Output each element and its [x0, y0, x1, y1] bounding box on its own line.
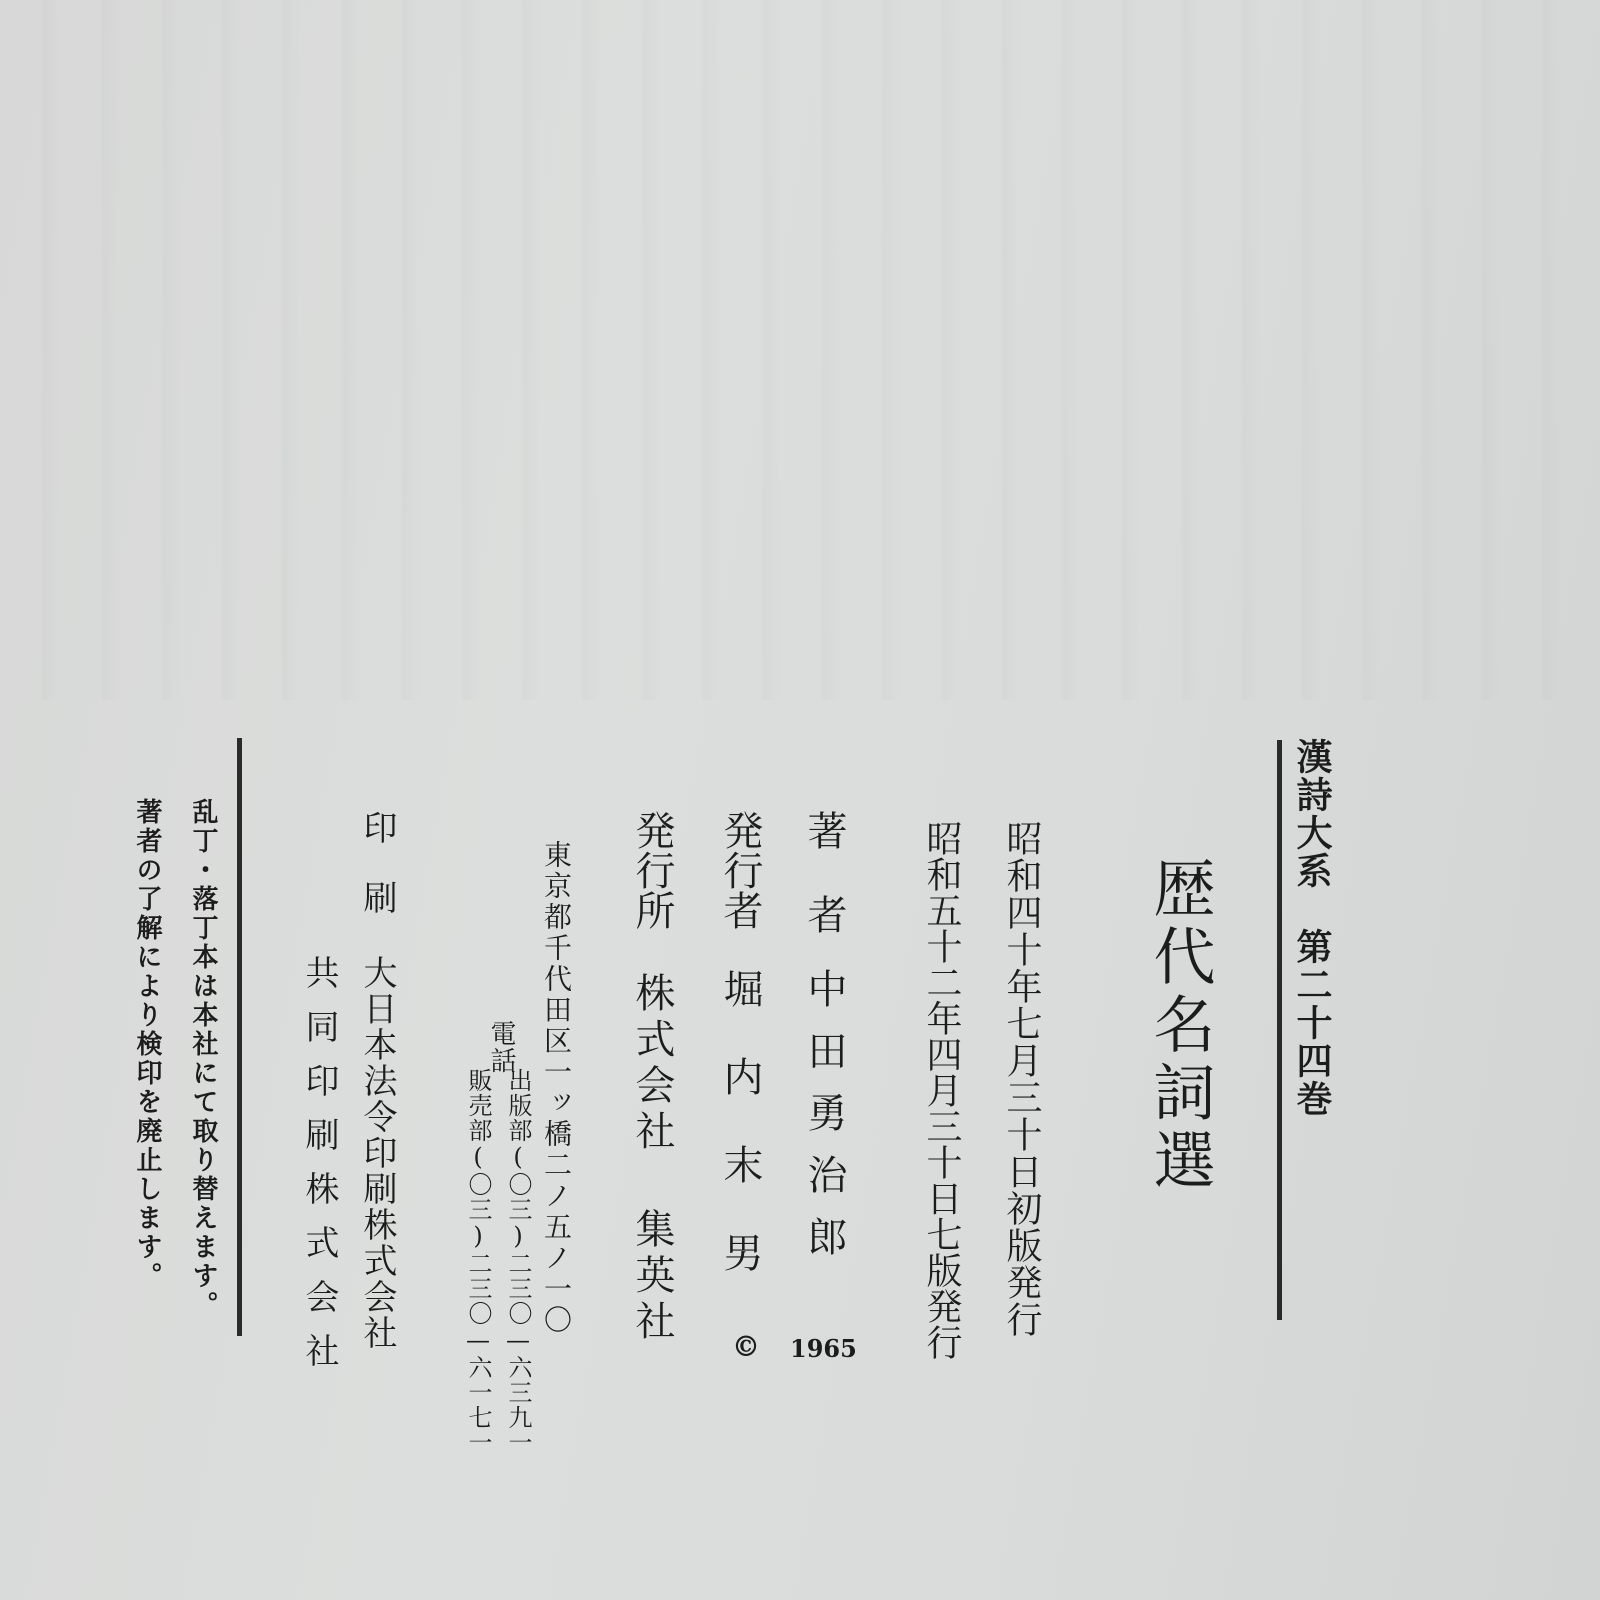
printer-1: 大日本法令印刷株式会社 [360, 955, 394, 1351]
phone-sales-dept: 販売部(〇三)二三〇—六一七一 [466, 1068, 490, 1455]
copyright-mark: © [732, 1330, 760, 1363]
phone-dept-label: 出版部 [504, 1068, 532, 1143]
publishing-house-label: 発行所 [632, 810, 672, 930]
author-name: 中田勇治郎 [804, 968, 844, 1278]
note-seal-abolished: 著者の了解により検印を廃止します。 [134, 798, 160, 1291]
publisher-label: 発行者 [720, 810, 760, 930]
phone-label: 電話 [488, 1020, 514, 1074]
left-divider-rule [237, 738, 242, 1336]
right-divider-rule [1277, 740, 1282, 1320]
phone-publishing-dept: 出版部(〇三)二三〇—六三九一 [506, 1068, 530, 1455]
book-title: 歴代名詞選 [1148, 856, 1210, 1196]
author-label: 著 者 [804, 810, 844, 936]
printing-label: 印刷 [360, 810, 394, 950]
first-edition-date: 昭和四十年七月三十日初版発行 [1003, 820, 1039, 1338]
series-title: 漢詩大系 第二十四巻 [1293, 738, 1329, 1118]
publishing-house-name: 株式会社 集英社 [632, 972, 672, 1346]
note-replacement: 乱丁・落丁本は本社にて取り替えます。 [190, 798, 216, 1320]
publisher-name: 堀内末男 [720, 968, 760, 1320]
seventh-edition-date: 昭和五十二年四月三十日七版発行 [923, 820, 959, 1360]
phone-dept-label: 販売部 [464, 1068, 492, 1143]
phone-number: (〇三)二三〇—六一七一 [464, 1143, 492, 1455]
phone-number: (〇三)二三〇—六三九一 [504, 1143, 532, 1455]
paper-show-through [0, 0, 1600, 700]
printer-2: 共同印刷株式会社 [302, 955, 336, 1387]
publisher-address: 東京都千代田区一ッ橋二ノ五ノ一〇 [542, 840, 570, 1336]
copyright-year: 1965 [790, 1334, 857, 1363]
